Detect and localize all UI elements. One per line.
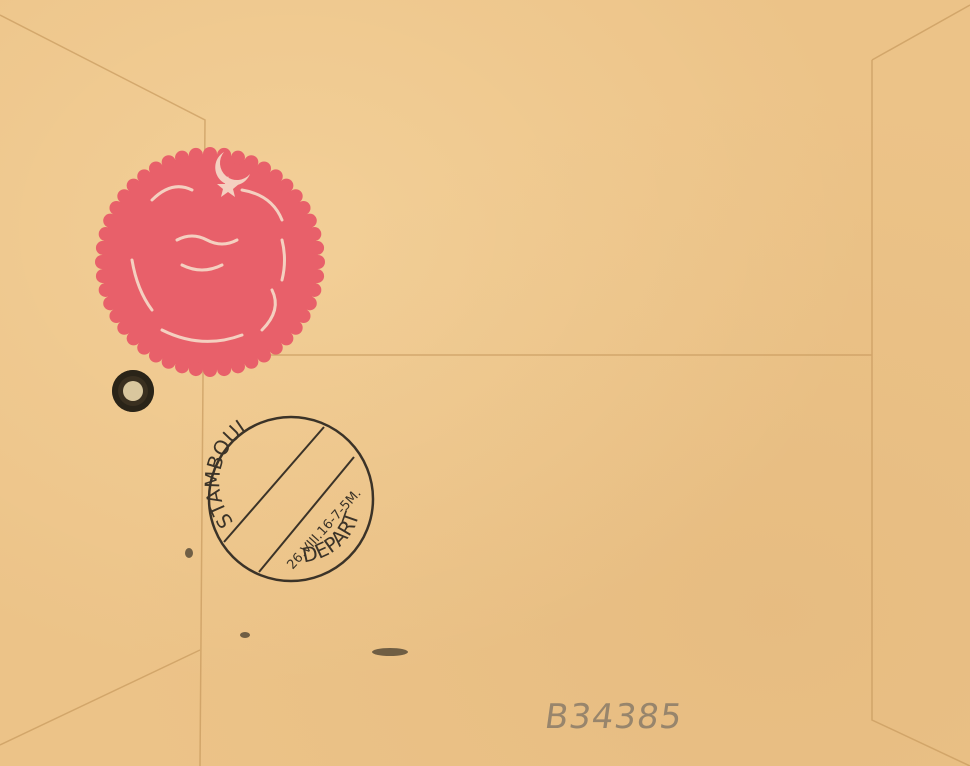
envelope-back: STAMBOUL DEPART 26.VIII.16-7-5M. B34385: [0, 0, 970, 766]
pencil-inventory-number: B34385: [542, 697, 685, 737]
punch-hole: [112, 370, 154, 412]
ink-speck: [240, 632, 250, 638]
ink-speck: [372, 648, 408, 656]
ink-speck: [185, 548, 193, 558]
postmark: STAMBOUL DEPART 26.VIII.16-7-5M.: [204, 412, 378, 586]
red-seal: [92, 140, 328, 384]
